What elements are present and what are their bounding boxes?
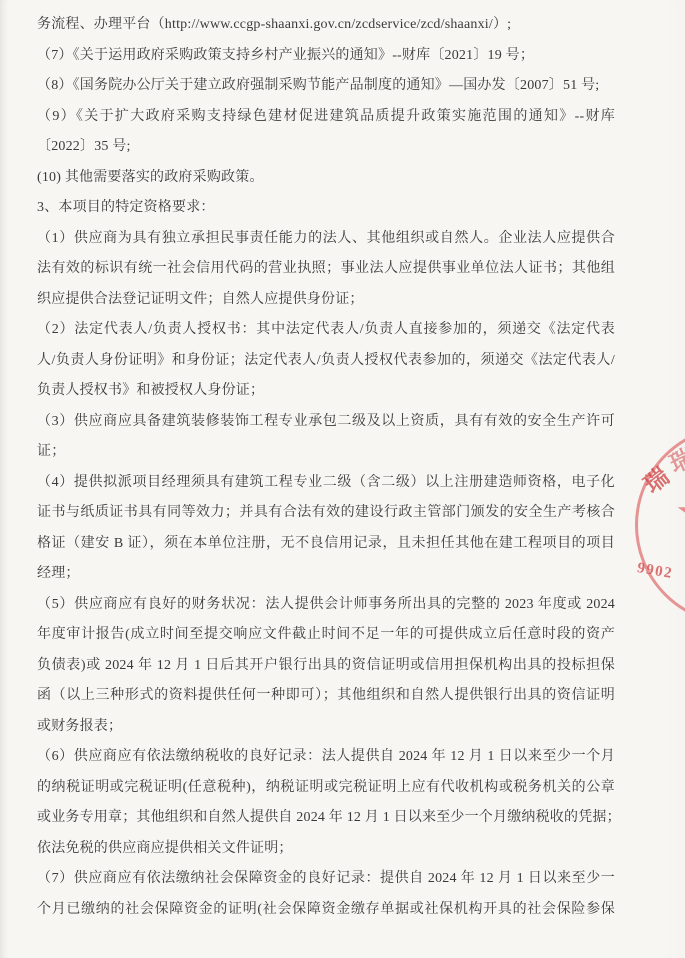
star-icon: ★ (660, 443, 685, 603)
text-line: 法有效的标识有统一社会信用代码的营业执照；事业法人应提供事业单位法人证书；其他组 (37, 254, 615, 285)
text-line: 证； (37, 437, 615, 468)
seal-top-text-partial: 瑞 (663, 438, 685, 480)
text-line: 织应提供合法登记证明文件；自然人应提供身份证； (37, 285, 615, 316)
text-line: （8）《国务院办公厅关于建立政府强制采购节能产品制度的通知》—国办发〔2007〕… (37, 71, 615, 102)
text-line: （1）供应商为具有独立承担民事责任能力的法人、其他组织或自然人。企业法人应提供合 (37, 224, 615, 255)
text-line: 函（以上三种形式的资料提供任何一种即可）；其他组织和自然人提供银行出具的资信证明 (37, 681, 615, 712)
text-line: 年度审计报告(成立时间至提交响应文件截止时间不足一年的可提供成立后任意时段的资产 (37, 620, 615, 651)
text-line: 证书与纸质证书具有同等效力；并具有合法有效的建设行政主管部门颁发的安全生产考核合 (37, 498, 615, 529)
text-line: 依法免税的供应商应提供相关文件证明； (37, 834, 615, 865)
text-line: 经理； (37, 559, 615, 590)
document-text: 务流程、办理平台（http://www.ccgp-shaanxi.gov.cn/… (37, 10, 615, 925)
text-line: 负责人授权书》和被授权人身份证； (37, 376, 615, 407)
text-line: 〔2022〕35 号; (37, 132, 615, 163)
seal-number: 9902 (636, 560, 674, 583)
text-line: 人/负责人身份证明》和身份证；法定代表人/负责人授权代表参加的，须递交《法定代表… (37, 346, 615, 377)
text-line: （6）供应商应有依法缴纳税收的良好记录：法人提供自 2024 年 12 月 1 … (37, 742, 615, 773)
text-line: 3、本项目的特定资格要求： (37, 193, 615, 224)
text-line: 格证（建安 B 证），须在本单位注册，无不良信用记录，且未担任其他在建工程项目的… (37, 529, 615, 560)
text-line: （4）提供拟派项目经理须具有建筑工程专业二级（含二级）以上注册建造师资格，电子化 (37, 468, 615, 499)
text-line: （7）《关于运用政府采购政策支持乡村产业振兴的通知》--财库〔2021〕19 号… (37, 41, 615, 72)
text-line: 负债表)或 2024 年 12 月 1 日后其开户银行出具的资信证明或信用担保机… (37, 651, 615, 682)
text-line: 或业务专用章；其他组织和自然人提供自 2024 年 12 月 1 日以来至少一个… (37, 803, 615, 834)
text-line: （7）供应商应有依法缴纳社会保障资金的良好记录：提供自 2024 年 12 月 … (37, 864, 615, 895)
text-line: 的纳税证明或完税证明(任意税种)，纳税证明或完税证明上应有代收机构或税务机关的公… (37, 773, 615, 804)
seal-ring (635, 425, 685, 625)
text-line: （2）法定代表人/负责人授权书：其中法定代表人/负责人直接参加的，须递交《法定代… (37, 315, 615, 346)
text-line: 务流程、办理平台（http://www.ccgp-shaanxi.gov.cn/… (37, 10, 615, 41)
text-line: (10) 其他需要落实的政府采购政策。 (37, 163, 615, 194)
seal-top-text: 瑞 (635, 457, 675, 499)
text-line: 个月已缴纳的社会保障资金的证明(社会保障资金缴存单据或社保机构开具的社会保险参保 (37, 895, 615, 926)
text-line: （9）《关于扩大政府采购支持绿色建材促进建筑品质提升政策实施范围的通知》--财库 (37, 102, 615, 133)
text-line: 或财务报表； (37, 712, 615, 743)
text-line: （5）供应商应有良好的财务状况：法人提供会计师事务所出具的完整的 2023 年度… (37, 590, 615, 621)
document-page: 务流程、办理平台（http://www.ccgp-shaanxi.gov.cn/… (0, 0, 685, 958)
official-seal: ★ 瑞 瑞 9902 (635, 425, 685, 625)
text-line: （3）供应商应具备建筑装修装饰工程专业承包二级及以上资质，具有有效的安全生产许可 (37, 407, 615, 438)
